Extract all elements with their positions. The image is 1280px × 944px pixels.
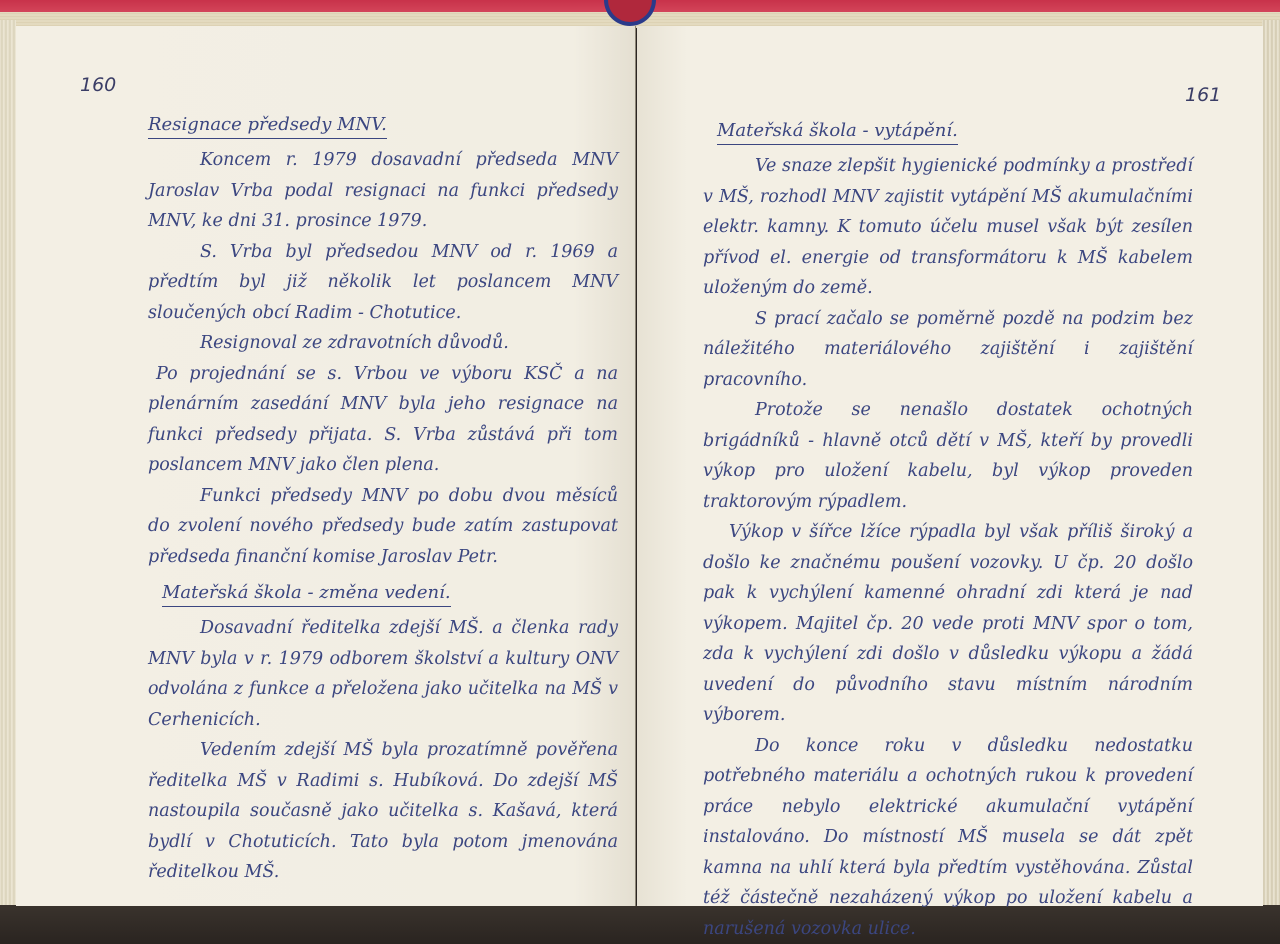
- page-number: 161: [1185, 84, 1221, 106]
- page-edges-left: [0, 20, 16, 910]
- paragraph: Výkop v šířce lžíce rýpadla byl však pří…: [703, 517, 1193, 731]
- paragraph: Resignoval ze zdravotních důvodů.: [148, 328, 618, 359]
- paragraph: Dosavadní ředitelka zdejší MŠ. a členka …: [148, 613, 618, 735]
- paragraph: Po projednání se s. Vrbou ve výboru KSČ …: [148, 359, 618, 481]
- section-kindergarten-leadership: Mateřská škola - změna vedení. Dosavadní…: [148, 578, 618, 888]
- section-heading: Mateřská škola - vytápění.: [717, 118, 958, 145]
- paragraph: Vedením zdejší MŠ byla prozatímně pověře…: [148, 735, 618, 888]
- page-content: Resignace předsedy MNV. Koncem r. 1979 d…: [148, 110, 618, 888]
- page-number: 160: [80, 74, 116, 96]
- paragraph: S prací začalo se poměrně pozdě na podzi…: [703, 304, 1193, 396]
- section-heading: Mateřská škola - změna vedení.: [162, 580, 451, 607]
- paragraph: Funkci předsedy MNV po dobu dvou měsíců …: [148, 481, 618, 573]
- left-page: 160 Resignace předsedy MNV. Koncem r. 19…: [16, 26, 636, 906]
- section-resignation: Resignace předsedy MNV. Koncem r. 1979 d…: [148, 110, 618, 572]
- section-heading: Resignace předsedy MNV.: [148, 112, 387, 139]
- page-edges-right: [1262, 20, 1280, 910]
- paragraph: Protože se nenašlo dostatek ochotných br…: [703, 395, 1193, 517]
- page-content: Mateřská škola - vytápění. Ve snaze zlep…: [703, 116, 1193, 944]
- section-kindergarten-heating: Mateřská škola - vytápění. Ve snaze zlep…: [703, 116, 1193, 944]
- paragraph: Do konce roku v důsledku nedostatku potř…: [703, 731, 1193, 944]
- right-page: 161 Mateřská škola - vytápění. Ve snaze …: [637, 26, 1263, 906]
- paragraph: S. Vrba byl předsedou MNV od r. 1969 a p…: [148, 237, 618, 329]
- paragraph: Koncem r. 1979 dosavadní předseda MNV Ja…: [148, 145, 618, 237]
- paragraph: Ve snaze zlepšit hygienické podmínky a p…: [703, 151, 1193, 304]
